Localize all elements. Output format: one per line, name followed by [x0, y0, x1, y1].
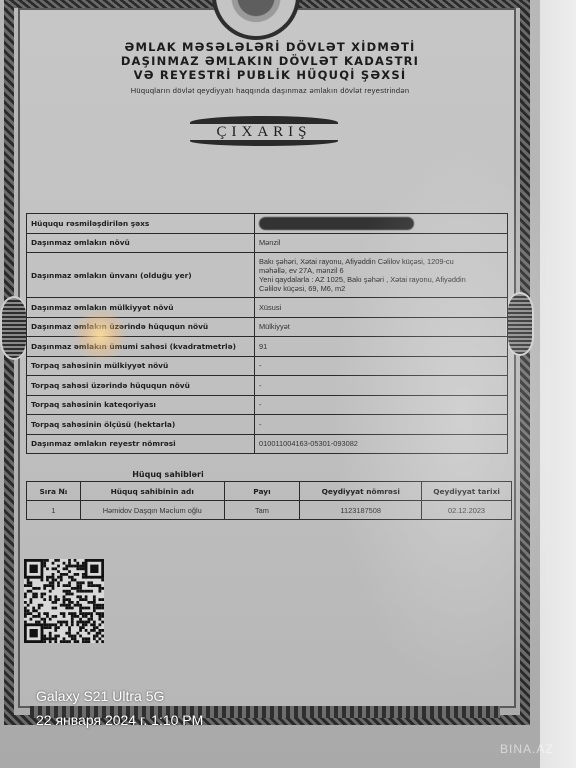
info-row: Daşınmaz əmlakın üzərində hüququn növüMü…: [27, 317, 508, 337]
address-line: məhəllə, ev 27A, mənzil 6: [259, 266, 503, 275]
document-header: ƏMLAK MƏSƏLƏLƏRİ DÖVLƏT XİDMƏTİ DAŞINMAZ…: [60, 40, 480, 95]
info-value: [255, 214, 508, 234]
info-row: Hüququ rəsmiləşdirilən şəxs: [27, 214, 508, 234]
info-value: 010011004163-05301-093082: [255, 434, 508, 454]
info-row: Torpaq sahəsinin ölçüsü (hektarla)-: [27, 415, 508, 435]
info-label: Torpaq sahəsinin kateqoriyası: [27, 395, 255, 415]
info-value: Bakı şəhəri, Xətai rayonu, Afiyəddin Cəl…: [255, 253, 508, 298]
info-label: Torpaq sahəsinin ölçüsü (hektarla): [27, 415, 255, 435]
info-row: Torpaq sahəsi üzərində hüququn növü-: [27, 376, 508, 396]
owner-row: 1Həmidov Daşqın Məcİum oğluTam1123187508…: [27, 501, 512, 520]
owner-cell: 02.12.2023: [422, 501, 512, 520]
info-label: Daşınmaz əmlakın ünvanı (olduğu yer): [27, 253, 255, 298]
info-label: Daşınmaz əmlakın reyestr nömrəsi: [27, 434, 255, 454]
banner-ornament-bottom: [190, 140, 338, 146]
owners-column-header: Qeydiyyat nömrəsi: [300, 482, 422, 501]
document-title-banner: ÇIXARIŞ: [190, 114, 338, 148]
qr-code-icon: [24, 559, 104, 643]
info-value: -: [255, 376, 508, 396]
owner-cell: Həmidov Daşqın Məcİum oğlu: [80, 501, 224, 520]
camera-device-label: Galaxy S21 Ultra 5G: [36, 688, 164, 704]
owner-cell: 1: [27, 501, 81, 520]
document-paper: ƏMLAK MƏSƏLƏLƏRİ DÖVLƏT XİDMƏTİ DAŞINMAZ…: [0, 0, 540, 768]
info-label: Hüququ rəsmiləşdirilən şəxs: [27, 214, 255, 234]
info-value: -: [255, 356, 508, 376]
right-ornament-icon: [506, 292, 534, 356]
banner-ornament-top: [190, 116, 338, 124]
address-line: Cəlilov küçəsi, 69, M6, m2: [259, 284, 503, 293]
document-subtitle: Hüquqların dövlət qeydiyyatı haqqında da…: [60, 86, 480, 95]
info-row: Daşınmaz əmlakın ünvanı (olduğu yer)Bakı…: [27, 253, 508, 298]
info-value: Mülkiyyət: [255, 317, 508, 337]
document-title: ÇIXARIŞ: [190, 124, 338, 141]
address-line: Bakı şəhəri, Xətai rayonu, Afiyəddin Cəl…: [259, 257, 503, 266]
info-label: Daşınmaz əmlakın növü: [27, 233, 255, 253]
owners-column-header: Hüquq sahibinin adı: [80, 482, 224, 501]
info-label: Daşınmaz əmlakın ümumi sahəsi (kvadratme…: [27, 337, 255, 357]
info-value: Xüsusi: [255, 298, 508, 318]
info-value: Mənzil: [255, 233, 508, 253]
info-row: Daşınmaz əmlakın ümumi sahəsi (kvadratme…: [27, 337, 508, 357]
redaction-bar: [259, 217, 414, 230]
info-label: Torpaq sahəsi üzərində hüququn növü: [27, 376, 255, 396]
info-value: -: [255, 415, 508, 435]
owner-cell: 1123187508: [300, 501, 422, 520]
info-row: Daşınmaz əmlakın mülkiyyət növüXüsusi: [27, 298, 508, 318]
org-name-line-2: DAŞINMAZ ƏMLAKIN DÖVLƏT KADASTRI: [60, 54, 480, 68]
org-name-line-3: VƏ REYESTRİ PUBLİK HÜQUQİ ŞƏXSİ: [60, 68, 480, 82]
info-label: Daşınmaz əmlakın mülkiyyət növü: [27, 298, 255, 318]
owners-section-title: Hüquq sahibləri: [26, 470, 310, 479]
property-info-table: Hüququ rəsmiləşdirilən şəxsDaşınmaz əmla…: [26, 213, 508, 454]
site-watermark: BINA.AZ: [500, 742, 554, 756]
org-name-line-1: ƏMLAK MƏSƏLƏLƏRİ DÖVLƏT XİDMƏTİ: [60, 40, 480, 54]
info-row: Daşınmaz əmlakın növüMənzil: [27, 233, 508, 253]
info-row: Torpaq sahəsinin mülkiyyət növü-: [27, 356, 508, 376]
owners-column-header: Qeydiyyat tarixi: [422, 482, 512, 501]
info-label: Daşınmaz əmlakın üzərində hüququn növü: [27, 317, 255, 337]
owners-table: Sıra №Hüquq sahibinin adıPayıQeydiyyat n…: [26, 481, 512, 520]
owners-column-header: Sıra №: [27, 482, 81, 501]
info-label: Torpaq sahəsinin mülkiyyət növü: [27, 356, 255, 376]
info-value: -: [255, 395, 508, 415]
left-ornament-icon: [0, 296, 28, 360]
info-row: Daşınmaz əmlakın reyestr nömrəsi01001100…: [27, 434, 508, 454]
address-line: Yeni qaydalarla : AZ 1025, Bakı şəhəri ,…: [259, 275, 503, 284]
owners-column-header: Payı: [224, 482, 300, 501]
camera-timestamp: 22 января 2024 г. 1:10 PM: [36, 712, 203, 728]
owner-cell: Tam: [224, 501, 300, 520]
info-value: 91: [255, 337, 508, 357]
info-row: Torpaq sahəsinin kateqoriyası-: [27, 395, 508, 415]
